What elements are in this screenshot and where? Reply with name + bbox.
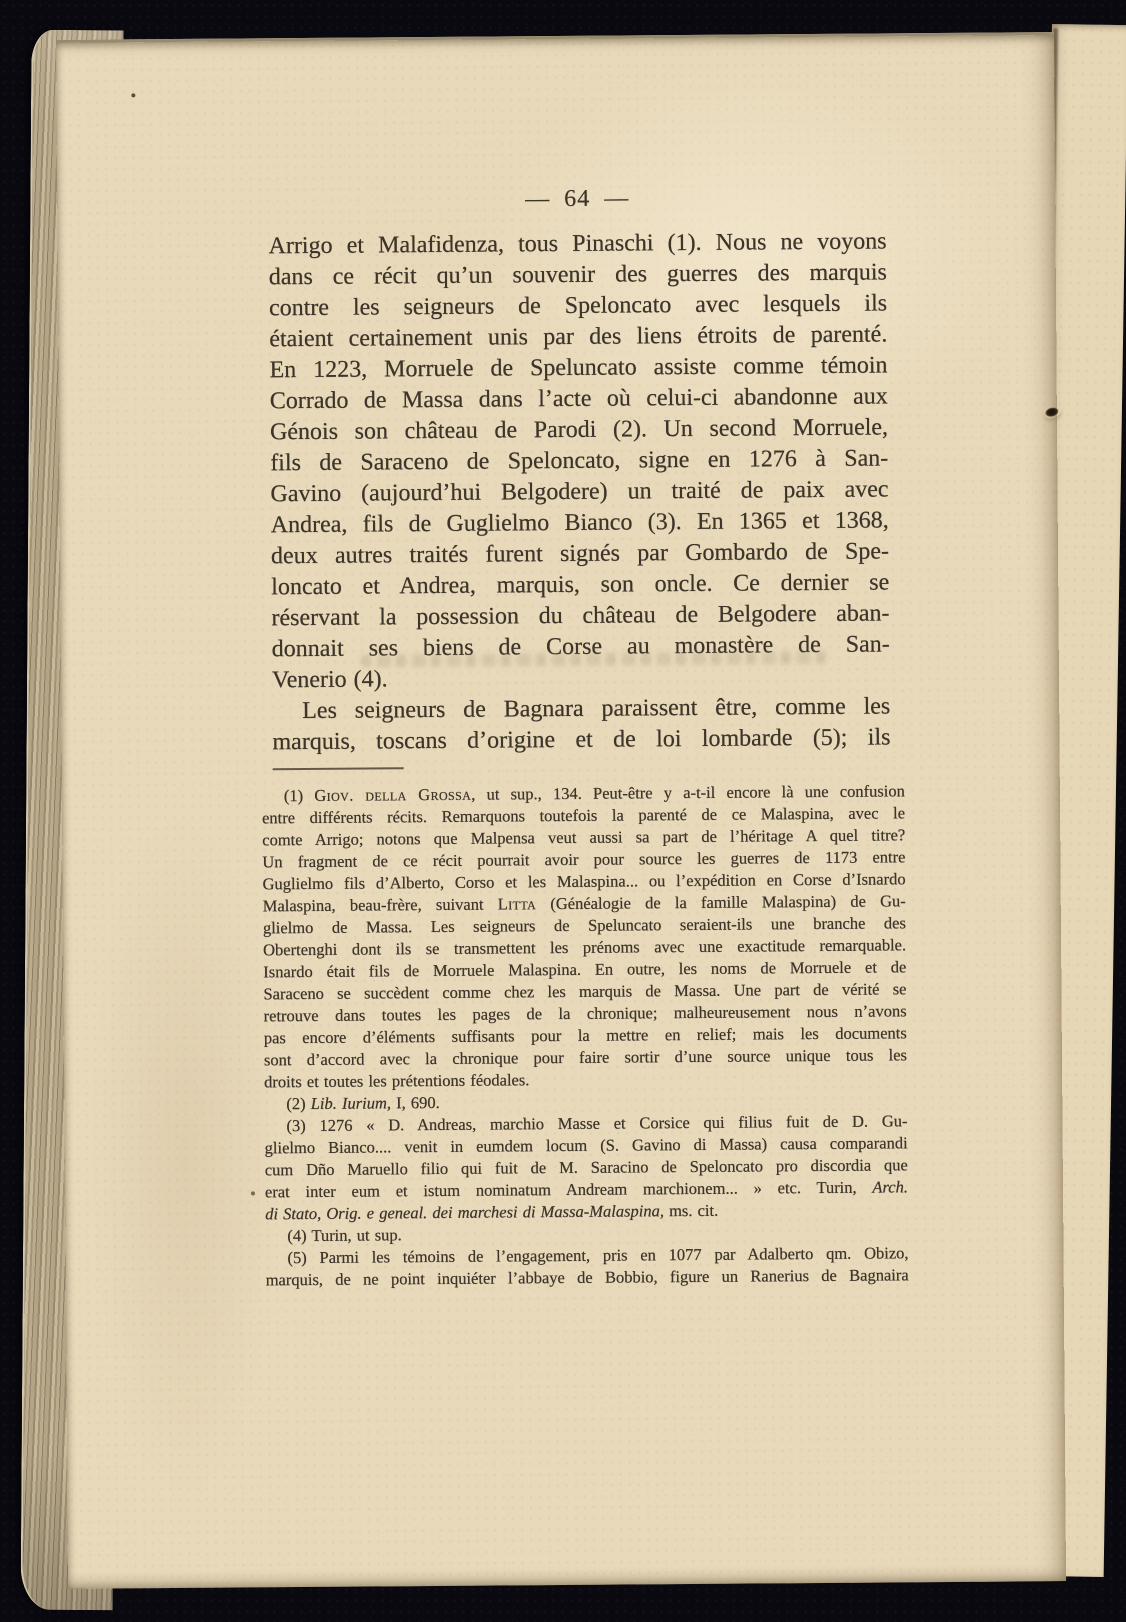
small-caps-text: Litta xyxy=(498,894,537,913)
text-segment: Malaspina, beau-frère, suivant xyxy=(263,895,498,916)
text-segment: fils de Saraceno de Speloncato, signe en… xyxy=(270,445,888,476)
paper-speck xyxy=(131,93,135,97)
text-segment: Guglielmo fils d’Alberto, Corso et les M… xyxy=(262,869,905,893)
italic-text: Lib. Iurium, xyxy=(311,1093,391,1113)
text-segment: Corrado de Massa dans l’acte où celui-ci… xyxy=(270,383,888,414)
text-segment: Obertenghi dont ils se transmettent les … xyxy=(263,935,906,959)
text-segment: (2) xyxy=(286,1094,311,1113)
text-line: dans ce récit qu’un souvenir des guerres… xyxy=(269,257,887,293)
text-line: En 1223, Morruele de Speluncato assiste … xyxy=(269,350,887,386)
text-segment: Venerio (4). xyxy=(272,666,388,693)
text-segment: deux autres traités furent signés par Go… xyxy=(271,538,889,569)
body-text: Arrigo et Malafidenza, tous Pinaschi (1)… xyxy=(268,226,890,758)
scanned-book-photo: — 64 — Arrigo et Malafidenza, tous Pinas… xyxy=(0,0,1126,1622)
text-segment: Andrea, fils de Guglielmo Bianco (3). En… xyxy=(271,507,889,538)
text-segment: I, 690. xyxy=(391,1093,440,1112)
margin-dot xyxy=(251,1191,255,1195)
text-segment: glielmo Bianco.... venit in eumdem locum… xyxy=(265,1133,908,1157)
text-segment: pas encore d’éléments suffisants pour la… xyxy=(264,1023,907,1047)
text-line: étaient certainement unis par des liens … xyxy=(269,319,887,355)
text-segment: (3) 1276 « D. Andreas, marchio Masse et … xyxy=(286,1111,907,1135)
text-segment: Génois son château de Parodi (2). Un sec… xyxy=(270,414,888,445)
text-segment: droits et toutes les prétentions féodale… xyxy=(264,1070,529,1091)
footnotes: (1) Giov. della Grossa, ut sup., 134. Pe… xyxy=(262,780,909,1291)
text-segment: Arrigo et Malafidenza, tous Pinaschi (1)… xyxy=(268,228,886,259)
text-segment: marquis, toscans d’origine et de loi lom… xyxy=(272,724,890,755)
text-segment: Saraceno se succèdent comme chez les mar… xyxy=(263,979,906,1003)
text-line: marquis, toscans d’origine et de loi lom… xyxy=(272,722,890,758)
text-line: réservant la possession du château de Be… xyxy=(271,598,889,634)
text-segment: réservant la possession du château de Be… xyxy=(271,600,889,631)
text-segment: erat inter eum et istum nominatum Andrea… xyxy=(265,1178,873,1202)
italic-text: di Stato, Orig. e geneal. dei marchesi d… xyxy=(265,1201,664,1223)
text-segment: Un fragment de ce récit pourrait avoir p… xyxy=(262,847,905,871)
text-segment: comte Arrigo; notons que Malpensa veut a… xyxy=(262,825,905,849)
text-line: marquis, de ne point inquiéter l’abbaye … xyxy=(266,1264,909,1291)
text-line: Arrigo et Malafidenza, tous Pinaschi (1)… xyxy=(268,226,886,262)
text-segment: retrouve dans toutes les pages de la chr… xyxy=(264,1001,907,1025)
text-line: fils de Saraceno de Speloncato, signe en… xyxy=(270,443,888,479)
text-segment: Les seigneurs de Bagnara paraissent être… xyxy=(302,693,890,724)
text-line: loncato et Andrea, marquis, son oncle. C… xyxy=(271,567,889,603)
text-segment: ms. cit. xyxy=(664,1201,718,1220)
text-segment: entre différents récits. Remarquons tout… xyxy=(262,803,905,827)
text-line: Andrea, fils de Guglielmo Bianco (3). En… xyxy=(271,505,889,541)
text-segment: Gavino (aujourd’hui Belgodere) un traité… xyxy=(270,476,888,507)
text-line: Les seigneurs de Bagnara paraissent être… xyxy=(272,691,890,727)
small-caps-text: Giov. della Grossa xyxy=(314,785,471,805)
text-segment: dans ce récit qu’un souvenir des guerres… xyxy=(269,259,887,290)
book-page: — 64 — Arrigo et Malafidenza, tous Pinas… xyxy=(56,32,1066,1589)
text-segment: (4) Turin, ut sup. xyxy=(287,1225,402,1245)
text-segment: étaient certainement unis par des liens … xyxy=(269,321,887,352)
text-segment: glielmo de Massa. Les seigneurs de Spelu… xyxy=(263,913,906,937)
italic-text: Arch. xyxy=(872,1177,908,1196)
text-line: Gavino (aujourd’hui Belgodere) un traité… xyxy=(270,474,888,510)
text-segment: En 1223, Morruele de Speluncato assiste … xyxy=(269,352,887,383)
text-segment: Isnardo était fils de Morruele Malaspina… xyxy=(263,957,906,981)
text-segment: loncato et Andrea, marquis, son oncle. C… xyxy=(271,569,889,600)
text-segment: marquis, de ne point inquiéter l’abbaye … xyxy=(266,1265,909,1289)
text-segment: (Généalogie de la famille Malaspina) de … xyxy=(536,891,906,913)
text-line: Corrado de Massa dans l’acte où celui-ci… xyxy=(270,381,888,417)
text-segment: , ut sup., 134. Peut-être y a-t-il encor… xyxy=(471,781,905,803)
text-segment: (1) xyxy=(284,786,315,805)
text-segment: (5) Parmi les témoins de l’engagement, p… xyxy=(287,1243,908,1267)
text-segment: contre les seigneurs de Speloncato avec … xyxy=(269,290,887,321)
text-line: deux autres traités furent signés par Go… xyxy=(271,536,889,572)
text-line: Génois son château de Parodi (2). Un sec… xyxy=(270,412,888,448)
text-segment: sont d’accord avec la chronique pour fai… xyxy=(264,1045,907,1069)
page-number: — 64 — xyxy=(268,181,886,217)
text-line: contre les seigneurs de Speloncato avec … xyxy=(269,288,887,324)
footnote-separator xyxy=(273,767,404,770)
text-segment: cum Dño Maruello filio qui fuit de M. Sa… xyxy=(265,1155,908,1179)
